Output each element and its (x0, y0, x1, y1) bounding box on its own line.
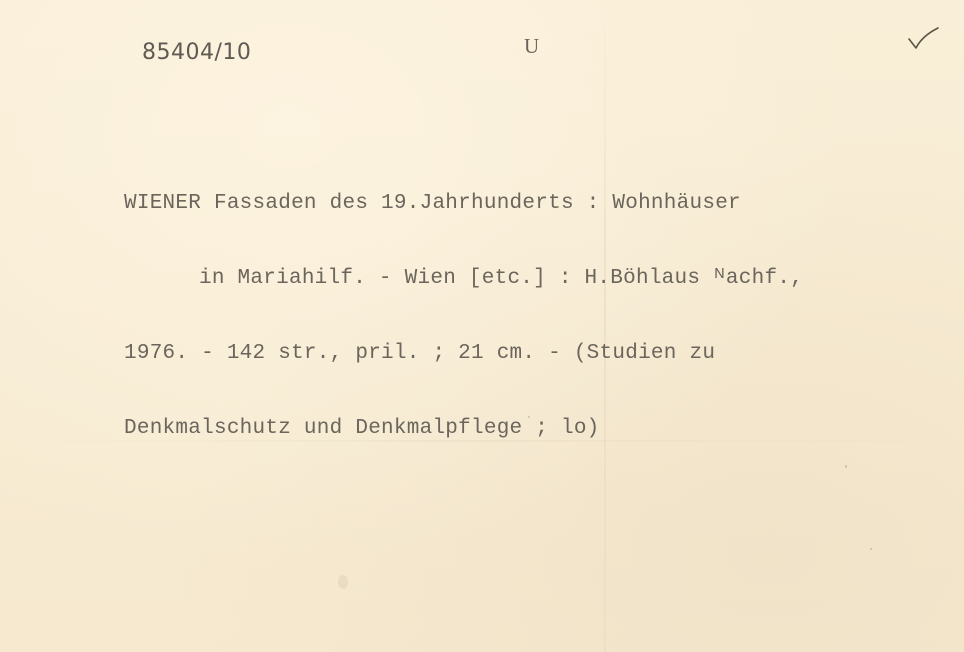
paper-speck (338, 575, 348, 589)
checkmark-icon (906, 26, 940, 52)
catalog-card: 85404/10 U WIENER Fassaden des 19.Jahrhu… (0, 0, 964, 652)
bibliographic-entry: WIENER Fassaden des 19.Jahrhunderts : Wo… (124, 141, 803, 491)
paper-speck (870, 548, 872, 550)
paper-speck (845, 465, 847, 468)
entry-line-2: in Mariahilf. - Wien [etc.] : H.Böhlaus … (124, 266, 803, 291)
paper-speck (528, 416, 530, 418)
entry-line-4: Denkmalschutz und Denkmalpflege ; lo) (124, 416, 803, 441)
call-number: 85404/10 (142, 40, 251, 65)
entry-line-3: 1976. - 142 str., pril. ; 21 cm. - (Stud… (124, 341, 803, 366)
entry-line-1: WIENER Fassaden des 19.Jahrhunderts : Wo… (124, 191, 803, 216)
corner-mark: U (524, 34, 539, 59)
